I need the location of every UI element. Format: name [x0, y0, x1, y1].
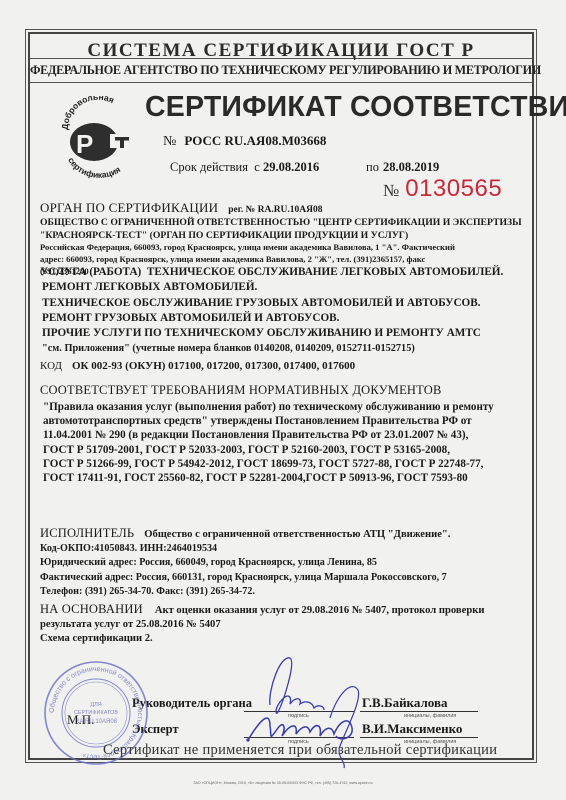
certification-scheme: Схема сертификации 2. — [40, 632, 530, 646]
performer-name: Общество с ограниченной ответственностью… — [144, 529, 450, 540]
from-label: с — [254, 160, 260, 174]
valid-to-date: 28.08.2019 — [383, 160, 439, 174]
voluntary-certification-note: Сертификат не применяется при обязательн… — [103, 742, 497, 759]
service-line: ТЕХНИЧЕСКОЕ ОБСЛУЖИВАНИЕ ЛЕГКОВЫХ АВТОМО… — [147, 266, 503, 278]
printer-info: ЗАО «ОПЦИОН», Москва, 2015, «Б» лицензия… — [120, 781, 446, 785]
svg-text:ДЛЯ: ДЛЯ — [90, 702, 101, 708]
service-label: УСЛУГА (РАБОТА) — [40, 266, 141, 278]
normative-line: 11.04.2001 № 290 (в редакции Постановлен… — [40, 428, 530, 442]
normative-line: ГОСТ Р 51266-99, ГОСТ Р 54942-2012, ГОСТ… — [40, 457, 530, 471]
basis-label: НА ОСНОВАНИИ — [40, 602, 143, 616]
service-line: РЕМОНТ ГРУЗОВЫХ АВТОМОБИЛЕЙ И АВТОБУСОВ. — [40, 311, 530, 326]
certificate-number: №РОСС RU.АЯ08.М03668 — [163, 133, 326, 150]
code-value: ОК 002-93 (ОКУН) 017100, 017200, 017300,… — [72, 360, 355, 372]
service-line: ТЕХНИЧЕСКОЕ ОБСЛУЖИВАНИЕ ГРУЗОВЫХ АВТОМО… — [40, 296, 530, 311]
code-label: КОД — [40, 360, 62, 372]
agency-name: ФЕДЕРАЛЬНОЕ АГЕНТСТВО ПО ТЕХНИЧЕСКОМУ РЕ… — [30, 63, 532, 78]
body-name-line: ОБЩЕСТВО С ОГРАНИЧЕННОЙ ОТВЕТСТВЕННОСТЬЮ… — [40, 217, 530, 230]
stamp-place-label: М.П. — [67, 712, 94, 728]
validity-from: Срок действия с 29.08.2016 — [170, 160, 319, 175]
performer-legal-address: Юридический адрес: Россия, 660049, город… — [40, 556, 530, 570]
service-line: ПРОЧИЕ УСЛУГИ ПО ТЕХНИЧЕСКОМУ ОБСЛУЖИВАН… — [40, 326, 530, 341]
normative-line: ГОСТ Р 51709-2001, ГОСТ Р 52033-2003, ГО… — [40, 443, 530, 457]
performer-label: ИСПОЛНИТЕЛЬ — [40, 526, 134, 540]
serial-symbol: № — [383, 181, 399, 200]
basis-section: НА ОСНОВАНИИ Акт оценки оказания услуг о… — [40, 600, 530, 647]
handwritten-signatures-icon — [240, 650, 380, 780]
header-divider — [30, 82, 532, 83]
code-section: КОДОК 002-93 (ОКУН) 017100, 017200, 0173… — [40, 360, 530, 372]
performer-codes: Код-ОКПО:41050843. ИНН:2464019534 — [40, 542, 530, 556]
certification-system-title: СИСТЕМА СЕРТИФИКАЦИИ ГОСТ Р — [30, 40, 532, 62]
rst-logo-icon: Добровольная P сертификация — [58, 96, 138, 182]
svg-text:P: P — [76, 129, 93, 159]
basis-line: Акт оценки оказания услуг от 29.08.2016 … — [155, 605, 485, 616]
service-line: РЕМОНТ ЛЕГКОВЫХ АВТОМОБИЛЕЙ. — [40, 280, 530, 295]
certification-body-label: ОРГАН ПО СЕРТИФИКАЦИИ — [40, 200, 218, 215]
certificate-number-value: РОСС RU.АЯ08.М03668 — [184, 133, 326, 148]
service-appendix: "см. Приложения" (учетные номера бланков… — [40, 341, 530, 356]
normative-line: "Правила оказания услуг (выполнения рабо… — [40, 400, 530, 414]
serial-value: 0130565 — [405, 175, 502, 202]
performer-section: ИСПОЛНИТЕЛЬ Общество с ограниченной отве… — [40, 524, 530, 599]
normative-section: СООТВЕТСТВУЕТ ТРЕБОВАНИЯМ НОРМАТИВНЫХ ДО… — [40, 383, 530, 485]
validity-to: по28.08.2019 — [366, 160, 439, 175]
normative-line: ГОСТ 17411-91, ГОСТ 25560-82, ГОСТ Р 522… — [40, 471, 530, 485]
certificate-title: СЕРТИФИКАТ СООТВЕТСТВИЯ — [145, 91, 566, 124]
registration-number: рег. № RA.RU.10АЯ08 — [228, 205, 322, 215]
performer-phone-fax: Телефон: (391) 265-34-70. Факс: (391) 26… — [40, 585, 530, 599]
number-symbol: № — [163, 134, 176, 149]
normative-label: СООТВЕТСТВУЕТ ТРЕБОВАНИЯМ НОРМАТИВНЫХ ДО… — [40, 383, 530, 398]
body-name-line: "КРАСНОЯРСК-ТЕСТ" (ОРГАН ПО СЕРТИФИКАЦИИ… — [40, 230, 530, 243]
to-label: по — [366, 160, 379, 174]
body-address-line: адрес: 660093, город Красноярск, улица и… — [40, 254, 530, 266]
head-name-caption: инициалы, фамилия — [404, 713, 456, 719]
valid-from-date: 29.08.2016 — [263, 160, 319, 174]
service-section: УСЛУГА (РАБОТА) ТЕХНИЧЕСКОЕ ОБСЛУЖИВАНИЕ… — [40, 265, 530, 357]
normative-line: автомототранспортных средств" утверждены… — [40, 414, 530, 428]
performer-actual-address: Фактический адрес: Россия, 660131, город… — [40, 571, 530, 585]
basis-line: результата услуг от 25.08.2016 № 5407 — [40, 618, 530, 632]
validity-label: Срок действия — [170, 160, 248, 174]
body-address-line: Российская Федерация, 660093, город Крас… — [40, 242, 530, 254]
